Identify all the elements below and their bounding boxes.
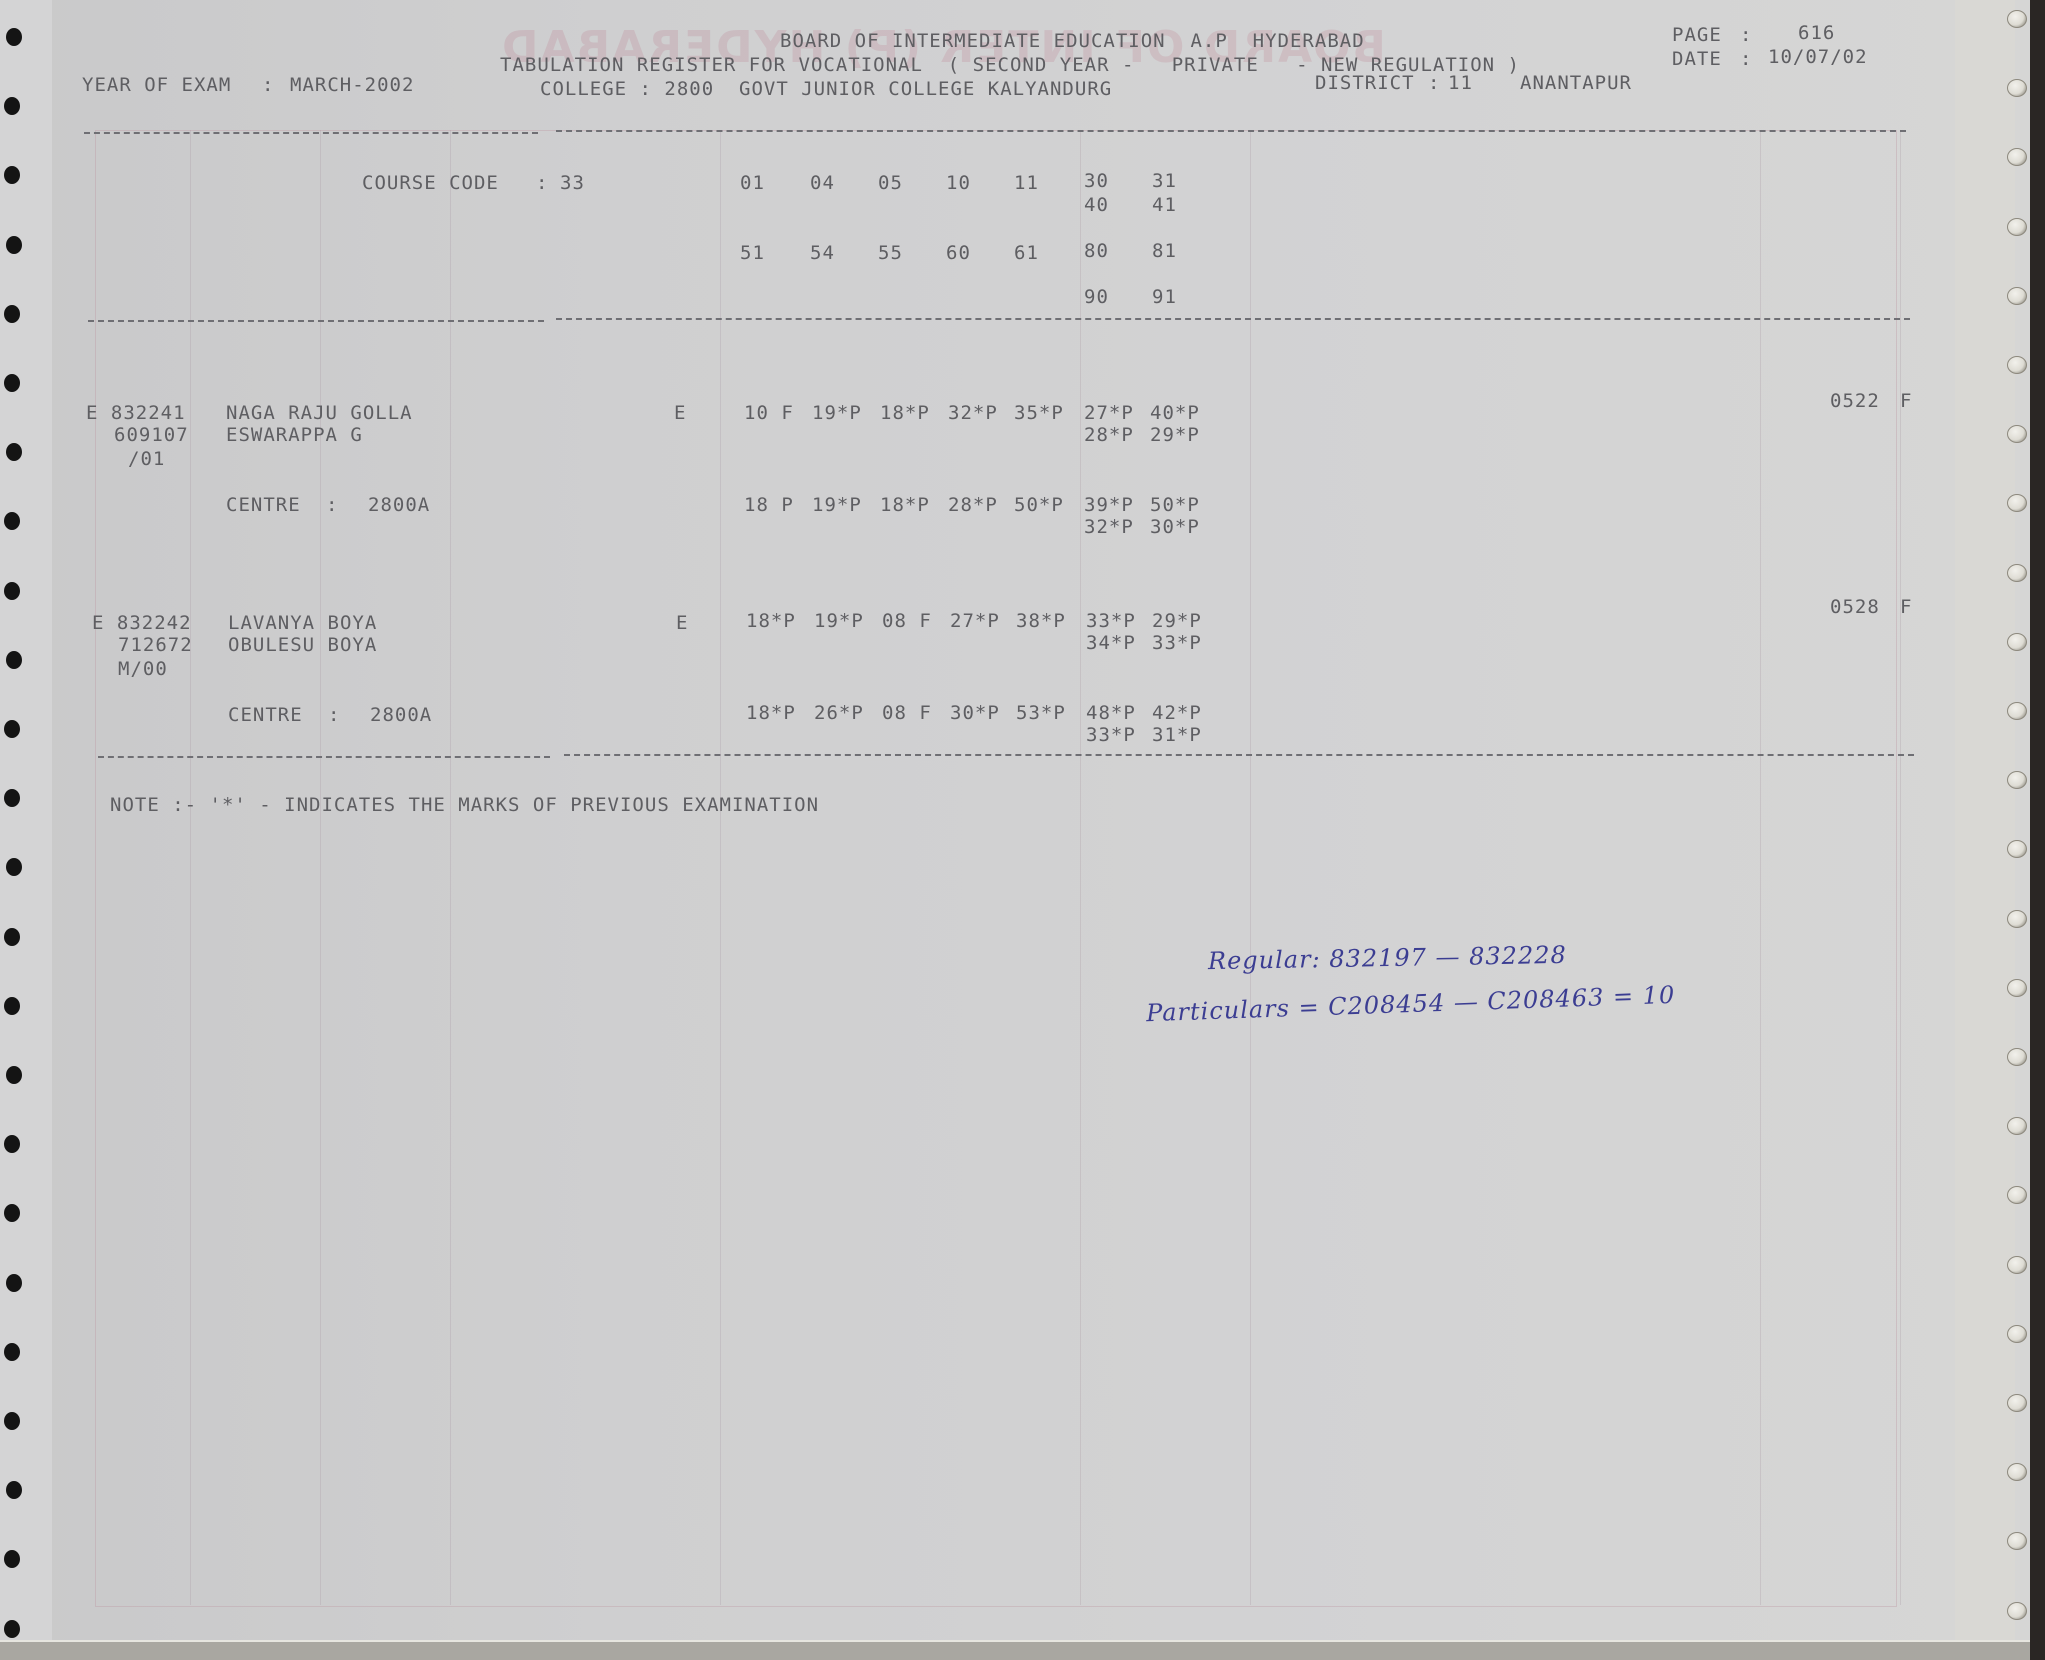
hall-ticket-number: E 832241 [86, 402, 186, 424]
page-label: PAGE [1672, 24, 1722, 46]
date-sep: : [1740, 48, 1752, 70]
feed-hole-icon [2007, 702, 2027, 720]
mark: 26*P [814, 702, 864, 724]
feed-hole-icon [2007, 1117, 2027, 1135]
feed-hole-icon [6, 1066, 22, 1084]
subject-code: 90 [1084, 286, 1109, 308]
subject-code: 80 [1084, 240, 1109, 262]
subject-code: 40 [1084, 194, 1109, 216]
feed-hole-icon [2007, 287, 2027, 305]
feed-hole-icon [4, 582, 20, 600]
subject-code: 01 [740, 172, 765, 194]
feed-hole-icon [2007, 771, 2027, 789]
mark: 53*P [1016, 702, 1066, 724]
mark: 29*P [1150, 424, 1200, 446]
feed-hole-icon [6, 28, 22, 46]
mark: 32*P [948, 402, 998, 424]
centre-label: CENTRE [228, 704, 303, 726]
student-name: NAGA RAJU GOLLA [226, 402, 413, 424]
subject-code: 60 [946, 242, 971, 264]
centre-code: 2800A [368, 494, 430, 516]
mark: 34*P [1086, 632, 1136, 654]
subject-code: 54 [810, 242, 835, 264]
registration-suffix: /01 [128, 448, 165, 470]
registration-suffix: M/00 [118, 658, 168, 680]
mark: 19*P [812, 402, 862, 424]
mark: 32*P [1084, 516, 1134, 538]
feed-hole-icon [2007, 633, 2027, 651]
date-value: 10/07/02 [1768, 46, 1868, 68]
form-column-line [1080, 130, 1081, 1605]
records-divider [564, 754, 1914, 756]
feed-hole-icon [2007, 356, 2027, 374]
feed-hole-icon [2007, 1256, 2027, 1274]
mark: 18*P [880, 402, 930, 424]
father-name: ESWARAPPA G [226, 424, 363, 446]
feed-hole-icon [2007, 564, 2027, 582]
feed-hole-icon [2007, 218, 2027, 236]
feed-hole-icon [4, 1620, 20, 1638]
student-name: LAVANYA BOYA [228, 612, 377, 634]
subject-code: 10 [946, 172, 971, 194]
scanned-register-sheet: BOARD OF INTER (P) HYDERABAD BOARD OF IN… [0, 0, 2030, 1652]
registration-number: 712672 [118, 634, 193, 656]
feed-hole-icon [6, 1274, 22, 1292]
feed-hole-icon [4, 1343, 20, 1361]
mark: 19*P [812, 494, 862, 516]
feed-hole-icon [2007, 79, 2027, 97]
mark: 30*P [1150, 516, 1200, 538]
feed-hole-icon [2007, 1048, 2027, 1066]
mark: 42*P [1152, 702, 1202, 724]
subject-code: 31 [1152, 170, 1177, 192]
mark: 29*P [1152, 610, 1202, 632]
mark: 18*P [746, 610, 796, 632]
form-column-line [1250, 130, 1251, 1605]
mark: 39*P [1084, 494, 1134, 516]
board-title: BOARD OF INTERMEDIATE EDUCATION A.P HYDE… [780, 30, 1365, 52]
subject-code: 55 [878, 242, 903, 264]
tractor-feed-strip-right [1955, 0, 2015, 1652]
feed-hole-icon [2007, 148, 2027, 166]
feed-hole-icon [2007, 1325, 2027, 1343]
mark: 40*P [1150, 402, 1200, 424]
course-code-value: 33 [560, 172, 585, 194]
mark: 08 F [882, 702, 932, 724]
mark: 33*P [1086, 610, 1136, 632]
subject-code: 91 [1152, 286, 1177, 308]
centre-sep: : [326, 494, 338, 516]
result-status: F [1900, 596, 1912, 618]
district-label: DISTRICT [1315, 72, 1415, 94]
header-divider [84, 132, 538, 134]
feed-hole-icon [2007, 1532, 2027, 1550]
mark: 31*P [1152, 724, 1202, 746]
form-column-line [190, 130, 191, 1605]
course-code-sep: : [536, 172, 548, 194]
year-of-exam-sep: : [262, 74, 274, 96]
feed-hole-icon [2007, 979, 2027, 997]
subject-code: 61 [1014, 242, 1039, 264]
page-number: 616 [1798, 22, 1835, 44]
total-marks: 0528 [1830, 596, 1880, 618]
feed-hole-icon [2007, 1186, 2027, 1204]
centre-sep: : [328, 704, 340, 726]
form-column-line [720, 130, 721, 1605]
district-code: 11 [1448, 72, 1473, 94]
mark: 30*P [950, 702, 1000, 724]
year-of-exam-value: MARCH-2002 [290, 74, 414, 96]
hall-ticket-number: E 832242 [92, 612, 192, 634]
total-marks: 0522 [1830, 390, 1880, 412]
form-column-line [320, 130, 321, 1605]
page-sep: : [1740, 24, 1752, 46]
feed-hole-icon [2007, 1602, 2027, 1620]
form-column-line [450, 130, 451, 1605]
feed-hole-icon [2007, 425, 2027, 443]
subject-code: 05 [878, 172, 903, 194]
mark: 10 F [744, 402, 794, 424]
mark: 35*P [1014, 402, 1064, 424]
course-divider [556, 318, 1910, 320]
mark: 18 P [744, 494, 794, 516]
mark: 18*P [746, 702, 796, 724]
form-frame [95, 130, 1897, 1607]
subject-code: 04 [810, 172, 835, 194]
feed-hole-icon [2007, 1463, 2027, 1481]
feed-hole-icon [2007, 10, 2027, 28]
records-divider [98, 756, 550, 758]
centre-label: CENTRE [226, 494, 301, 516]
mark: 28*P [948, 494, 998, 516]
feed-hole-icon [4, 720, 20, 738]
centre-code: 2800A [370, 704, 432, 726]
feed-hole-icon [2007, 494, 2027, 512]
course-divider [88, 320, 544, 322]
course-code-label: COURSE CODE [362, 172, 499, 194]
date-label: DATE [1672, 48, 1722, 70]
mark: 38*P [1016, 610, 1066, 632]
form-column-line [1900, 130, 1901, 1605]
year-of-exam-label: YEAR OF EXAM [82, 74, 231, 96]
father-name: OBULESU BOYA [228, 634, 377, 656]
feed-hole-icon [2007, 1394, 2027, 1412]
mark: 33*P [1152, 632, 1202, 654]
subject-code: 81 [1152, 240, 1177, 262]
subject-code: 30 [1084, 170, 1109, 192]
medium: E [674, 402, 686, 424]
feed-hole-icon [6, 236, 22, 254]
header-divider [556, 130, 1906, 132]
mark: 48*P [1086, 702, 1136, 724]
subject-code: 11 [1014, 172, 1039, 194]
subject-code: 41 [1152, 194, 1177, 216]
mark: 28*P [1084, 424, 1134, 446]
registration-number: 609107 [114, 424, 189, 446]
district-name: ANANTAPUR [1520, 72, 1632, 94]
feed-hole-icon [2007, 840, 2027, 858]
mark: 18*P [880, 494, 930, 516]
feed-hole-icon [4, 997, 20, 1015]
mark: 50*P [1014, 494, 1064, 516]
feed-hole-icon [4, 374, 20, 392]
medium: E [676, 612, 688, 634]
district-sep: : [1428, 72, 1440, 94]
mark: 27*P [950, 610, 1000, 632]
form-column-line [1760, 130, 1761, 1605]
feed-hole-icon [6, 651, 22, 669]
footnote: NOTE :- '*' - INDICATES THE MARKS OF PRE… [110, 794, 819, 816]
paper-bottom-edge [0, 1640, 2030, 1660]
mark: 08 F [882, 610, 932, 632]
feed-hole-icon [4, 305, 20, 323]
mark: 33*P [1086, 724, 1136, 746]
mark: 19*P [814, 610, 864, 632]
result-status: F [1900, 390, 1912, 412]
subject-code: 51 [740, 242, 765, 264]
feed-hole-icon [4, 928, 20, 946]
feed-hole-icon [4, 1412, 20, 1430]
mark: 27*P [1084, 402, 1134, 424]
feed-hole-icon [2007, 910, 2027, 928]
mark: 50*P [1150, 494, 1200, 516]
college-line: COLLEGE : 2800 GOVT JUNIOR COLLEGE KALYA… [540, 78, 1112, 100]
